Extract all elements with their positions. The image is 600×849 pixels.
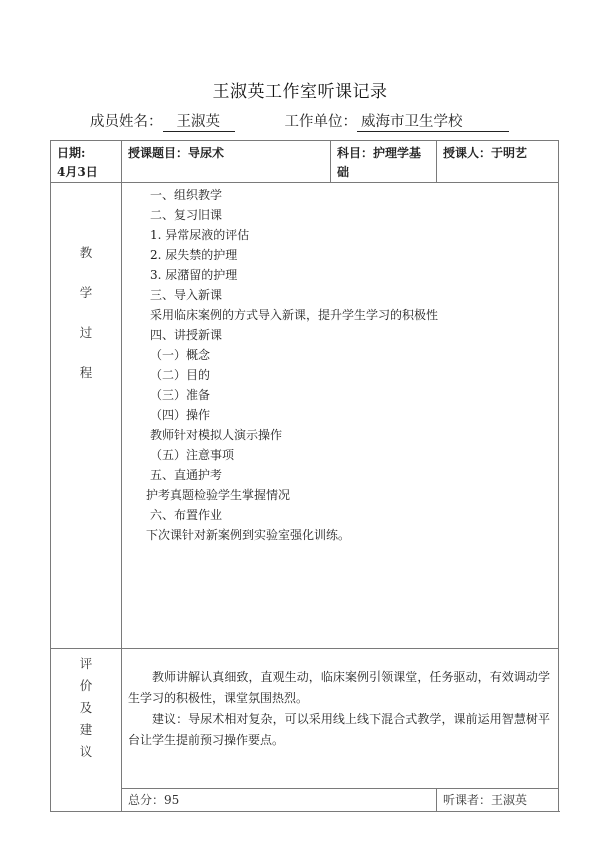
document-title: 王淑英工作室听课记录 xyxy=(0,77,600,102)
teacher: 授课人：于明艺 xyxy=(437,141,558,163)
process-line: 教师针对模拟人演示操作 xyxy=(150,425,558,445)
process-label-char: 程 xyxy=(51,363,121,403)
process-line: （二）目的 xyxy=(150,365,558,385)
process-line: （一）概念 xyxy=(150,345,558,365)
process-line: 六、布置作业 xyxy=(150,505,558,525)
evaluation-label-cell: 评 价 及 建 议 xyxy=(51,649,122,812)
evaluation-label-char: 评 xyxy=(51,653,121,675)
evaluation-content: 教师讲解认真细致，直观生动，临床案例引领课堂，任务驱动，有效调动学生学习的积极性… xyxy=(122,649,559,789)
header-row: 日期: 4月3日 授课题目：导尿术 科目：护理学基础 授课人：于明艺 xyxy=(51,141,559,183)
process-line: 一、组织教学 xyxy=(150,185,558,205)
process-line: 下次课针对新案例到实验室强化训练。 xyxy=(146,525,558,545)
process-line: 五、直通护考 xyxy=(150,465,558,485)
process-label-char: 过 xyxy=(51,323,121,363)
total-score-cell: 总分：95 xyxy=(122,789,437,812)
evaluation-label-char: 议 xyxy=(51,741,121,763)
member-name-label: 成员姓名： xyxy=(90,110,163,131)
process-line: 护考真题检验学生掌握情况 xyxy=(146,485,558,505)
process-line: 三、导入新课 xyxy=(150,285,558,305)
date-value: 4月3日 xyxy=(57,163,116,182)
total-score: 总分：95 xyxy=(122,789,436,809)
process-line: 四、讲授新课 xyxy=(150,325,558,345)
observer: 听课者：王淑英 xyxy=(437,789,558,809)
teaching-process-content: 一、组织教学 二、复习旧课 1. 异常尿液的评估 2. 尿失禁的护理 3. 尿潴… xyxy=(122,183,559,649)
process-label-cell: 教 学 过 程 xyxy=(51,183,122,649)
date-cell: 日期: 4月3日 xyxy=(51,141,122,183)
process-line: 2. 尿失禁的护理 xyxy=(150,245,558,265)
evaluation-paragraph: 教师讲解认真细致，直观生动，临床案例引领课堂，任务驱动，有效调动学生学习的积极性… xyxy=(128,667,550,709)
suggestion-paragraph: 建议：导尿术相对复杂，可以采用线上线下混合式教学，课前运用智慧树平台让学生提前预… xyxy=(128,709,550,751)
evaluation-label-char: 价 xyxy=(51,675,121,697)
evaluation-row: 评 价 及 建 议 教师讲解认真细致，直观生动，临床案例引领课堂，任务驱动，有效… xyxy=(51,649,559,789)
footer-row: 总分：95 听课者：王淑英 xyxy=(51,789,559,812)
process-label-char: 学 xyxy=(51,283,121,323)
process-line: （三）准备 xyxy=(150,385,558,405)
work-unit-value: 威海市卫生学校 xyxy=(357,114,509,132)
process-line: （五）注意事项 xyxy=(150,445,558,465)
process-line: 二、复习旧课 xyxy=(150,205,558,225)
process-line: 采用临床案例的方式导入新课，提升学生学习的积极性 xyxy=(150,305,558,325)
process-label-char: 教 xyxy=(51,243,121,283)
teacher-cell: 授课人：于明艺 xyxy=(437,141,559,183)
evaluation-label-char: 及 xyxy=(51,697,121,719)
lesson-topic: 授课题目：导尿术 xyxy=(122,141,330,163)
process-row: 教 学 过 程 一、组织教学 二、复习旧课 1. 异常尿液的评估 2. 尿失禁的… xyxy=(51,183,559,649)
evaluation-label-char: 建 xyxy=(51,719,121,741)
observer-cell: 听课者：王淑英 xyxy=(437,789,559,812)
member-name-value: 王淑英 xyxy=(163,114,235,132)
member-info-line: 成员姓名：王淑英工作单位：威海市卫生学校 xyxy=(90,110,509,132)
process-line: （四）操作 xyxy=(150,405,558,425)
subject: 科目：护理学基础 xyxy=(331,141,436,182)
date-label: 日期: xyxy=(57,144,116,163)
process-line: 1. 异常尿液的评估 xyxy=(150,225,558,245)
lesson-record-table: 日期: 4月3日 授课题目：导尿术 科目：护理学基础 授课人：于明艺 教 学 过… xyxy=(50,140,559,812)
subject-cell: 科目：护理学基础 xyxy=(331,141,437,183)
topic-cell: 授课题目：导尿术 xyxy=(122,141,331,183)
process-line: 3. 尿潴留的护理 xyxy=(150,265,558,285)
work-unit-label: 工作单位： xyxy=(285,110,358,131)
